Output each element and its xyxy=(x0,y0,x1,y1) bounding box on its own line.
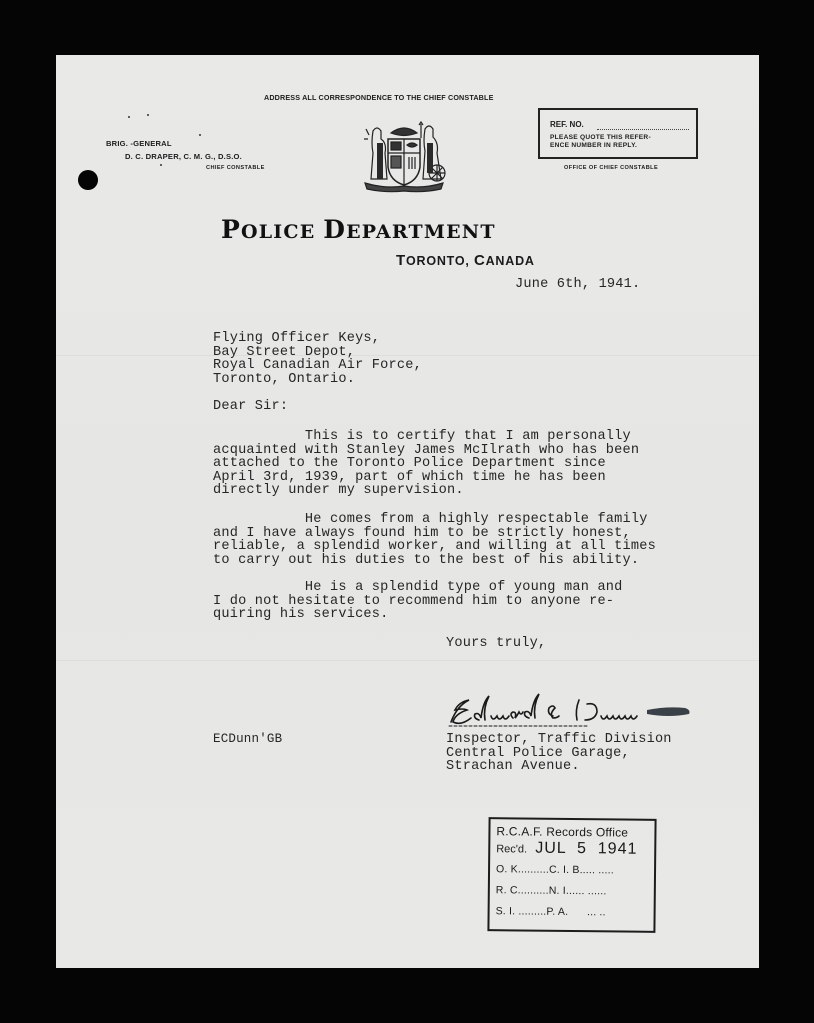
speck xyxy=(160,164,162,166)
reference-number-label: REF. NO. xyxy=(550,120,584,129)
letter-page: ADDRESS ALL CORRESPONDENCE TO THE CHIEF … xyxy=(56,55,759,968)
body-paragraph: He is a splendid type of young man and I… xyxy=(213,581,623,622)
letter-date: June 6th, 1941. xyxy=(515,278,640,292)
signer-block: Inspector, Traffic Division Central Poli… xyxy=(446,733,672,774)
stamp-row: R. C..........N. I...... ...... xyxy=(496,884,607,897)
body-paragraph: This is to certify that I am personally … xyxy=(213,430,639,498)
stamp-row: O. K..........C. I. B..... ..... xyxy=(496,863,614,876)
correspondence-note: ADDRESS ALL CORRESPONDENCE TO THE CHIEF … xyxy=(264,93,494,102)
chief-title: CHIEF CONSTABLE xyxy=(206,165,265,171)
recipient-line: Toronto, Ontario. xyxy=(213,372,355,387)
salutation: Dear Sir: xyxy=(213,400,288,414)
reference-note: PLEASE QUOTE THIS REFER- ENCE NUMBER IN … xyxy=(550,134,651,150)
chief-rank: BRIG. -GENERAL xyxy=(106,139,172,148)
typist-initials: ECDunn'GB xyxy=(213,733,282,747)
stamp-received-date: JUL 5 1941 xyxy=(535,840,637,859)
chief-name: D. C. DRAPER, C. M. G., D.S.O. xyxy=(125,152,242,161)
stamp-title: R.C.A.F. Records Office xyxy=(496,824,628,839)
closing: Yours truly, xyxy=(446,637,546,651)
punch-hole xyxy=(78,170,98,190)
received-stamp: R.C.A.F. Records Office Rec'd. JUL 5 194… xyxy=(487,817,656,933)
recipient-address: Flying Officer Keys, Bay Street Depot, R… xyxy=(213,332,422,386)
reference-box: REF. NO. PLEASE QUOTE THIS REFER- ENCE N… xyxy=(538,108,698,159)
stamp-received-label: Rec'd. xyxy=(496,843,527,855)
department-city: TORONTO, CANADA xyxy=(396,252,535,269)
fold-line xyxy=(56,660,759,661)
coat-of-arms-icon xyxy=(359,121,449,193)
stamp-row: S. I. .........P. A. ... .. xyxy=(496,905,606,918)
speck xyxy=(147,114,149,116)
reference-number-field xyxy=(597,129,689,130)
handwritten-signature xyxy=(441,692,711,732)
speck xyxy=(128,116,130,118)
office-label: OFFICE OF CHIEF CONSTABLE xyxy=(564,165,658,171)
department-title: POLICE DEPARTMENT xyxy=(221,215,496,244)
speck xyxy=(199,134,201,136)
body-paragraph: He comes from a highly respectable famil… xyxy=(213,513,656,567)
